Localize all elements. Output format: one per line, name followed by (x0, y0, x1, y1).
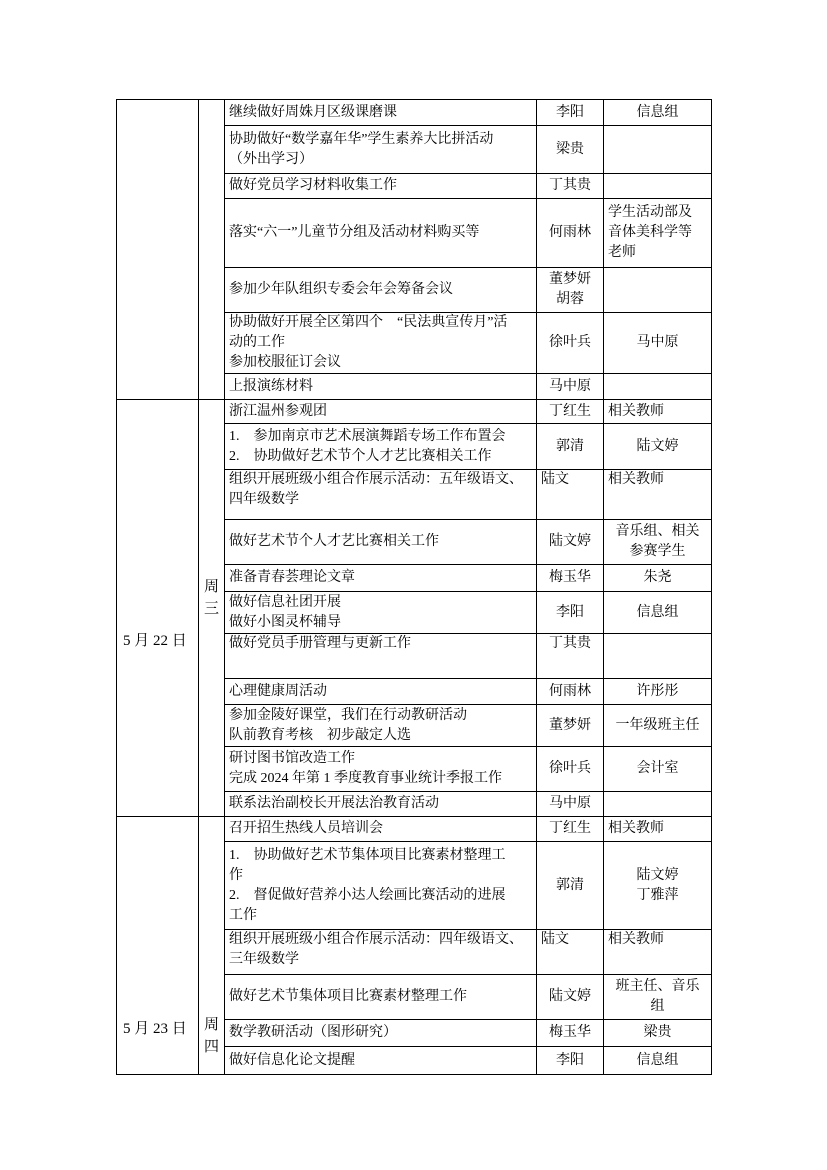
date-cell: 5 月 23 日 (117, 817, 199, 1075)
task-cell: 准备青春荟理论文章 (225, 565, 537, 592)
task-cell: 做好艺术节个人才艺比赛相关工作 (225, 520, 537, 565)
related-cell: 相关教师 (604, 817, 712, 842)
task-cell: 做好信息化论文提醒 (225, 1047, 537, 1075)
related-cell: 班主任、音乐 组 (604, 975, 712, 1020)
person-cell: 马中原 (537, 374, 604, 400)
task-cell: 继续做好周姝月区级课磨课 (225, 100, 537, 126)
person-cell: 陆文 (537, 470, 604, 520)
related-cell: 陆文婷 丁雅萍 (604, 842, 712, 930)
person-cell: 李阳 (537, 592, 604, 634)
table-row: 继续做好周姝月区级课磨课 李阳 信息组 (117, 100, 712, 126)
related-cell: 陆文婷 (604, 424, 712, 470)
person-cell: 李阳 (537, 1047, 604, 1075)
task-cell: 参加少年队组织专委会年会筹备会议 (225, 268, 537, 313)
day-cell (199, 100, 225, 400)
person-cell: 梁贵 (537, 126, 604, 174)
day-cell: 周四 (199, 817, 225, 1075)
task-cell: 数学教研活动（图形研究） (225, 1020, 537, 1047)
related-cell (604, 126, 712, 174)
related-cell: 许彤彤 (604, 679, 712, 705)
related-cell (604, 174, 712, 199)
table-row: 5 月 23 日 周四 召开招生热线人员培训会 丁红生 相关教师 (117, 817, 712, 842)
task-cell: 上报演练材料 (225, 374, 537, 400)
task-cell: 协助做好“数学嘉年华”学生素养大比拼活动 （外出学习） (225, 126, 537, 174)
person-cell: 丁其贵 (537, 634, 604, 679)
task-cell: 参加金陵好课堂，我们在行动教研活动 队前教育考核 初步敲定人选 (225, 705, 537, 747)
related-cell (604, 374, 712, 400)
task-cell: 组织开展班级小组合作展示活动：四年级语文、 三年级数学 (225, 930, 537, 975)
person-cell: 董梦妍 胡蓉 (537, 268, 604, 313)
person-cell: 何雨林 (537, 199, 604, 268)
related-cell: 信息组 (604, 592, 712, 634)
task-cell: 落实“六一”儿童节分组及活动材料购买等 (225, 199, 537, 268)
related-cell: 信息组 (604, 1047, 712, 1075)
related-cell (604, 268, 712, 313)
related-cell: 相关教师 (604, 470, 712, 520)
task-cell: 做好信息社团开展 做好小图灵杯辅导 (225, 592, 537, 634)
task-cell: 心理健康周活动 (225, 679, 537, 705)
date-cell: 5 月 22 日 (117, 400, 199, 817)
person-cell: 丁红生 (537, 400, 604, 424)
task-cell: 浙江温州参观团 (225, 400, 537, 424)
related-cell: 相关教师 (604, 400, 712, 424)
related-cell: 信息组 (604, 100, 712, 126)
person-cell: 梅玉华 (537, 565, 604, 592)
related-cell: 音乐组、相关 参赛学生 (604, 520, 712, 565)
person-cell: 丁其贵 (537, 174, 604, 199)
work-schedule-table: 继续做好周姝月区级课磨课 李阳 信息组 协助做好“数学嘉年华”学生素养大比拼活动… (116, 99, 712, 1075)
related-cell: 朱尧 (604, 565, 712, 592)
task-cell: 做好党员学习材料收集工作 (225, 174, 537, 199)
person-cell: 徐叶兵 (537, 747, 604, 792)
related-cell: 会计室 (604, 747, 712, 792)
related-cell: 相关教师 (604, 930, 712, 975)
day-cell: 周三 (199, 400, 225, 817)
person-cell: 陆文婷 (537, 975, 604, 1020)
date-cell (117, 100, 199, 400)
task-cell: 做好党员手册管理与更新工作 (225, 634, 537, 679)
person-cell: 何雨林 (537, 679, 604, 705)
task-cell: 协助做好开展全区第四个 “民法典宣传月”活 动的工作 参加校服征订会议 (225, 313, 537, 374)
task-cell: 召开招生热线人员培训会 (225, 817, 537, 842)
related-cell: 学生活动部及 音体美科学等 老师 (604, 199, 712, 268)
task-cell: 联系法治副校长开展法治教育活动 (225, 792, 537, 817)
person-cell: 梅玉华 (537, 1020, 604, 1047)
person-cell: 陆文婷 (537, 520, 604, 565)
table-row: 5 月 22 日 周三 浙江温州参观团 丁红生 相关教师 (117, 400, 712, 424)
person-cell: 陆文 (537, 930, 604, 975)
person-cell: 郭清 (537, 842, 604, 930)
task-cell: 1. 参加南京市艺术展演舞蹈专场工作布置会 2. 协助做好艺术节个人才艺比赛相关… (225, 424, 537, 470)
related-cell: 梁贵 (604, 1020, 712, 1047)
related-cell (604, 792, 712, 817)
person-cell: 董梦妍 (537, 705, 604, 747)
related-cell (604, 634, 712, 679)
person-cell: 徐叶兵 (537, 313, 604, 374)
task-cell: 1. 协助做好艺术节集体项目比赛素材整理工 作 2. 督促做好营养小达人绘画比赛… (225, 842, 537, 930)
person-cell: 马中原 (537, 792, 604, 817)
task-cell: 做好艺术节集体项目比赛素材整理工作 (225, 975, 537, 1020)
task-cell: 研讨图书馆改造工作 完成 2024 年第 1 季度教育事业统计季报工作 (225, 747, 537, 792)
document-page: 继续做好周姝月区级课磨课 李阳 信息组 协助做好“数学嘉年华”学生素养大比拼活动… (0, 0, 827, 1170)
person-cell: 李阳 (537, 100, 604, 126)
task-cell: 组织开展班级小组合作展示活动：五年级语文、 四年级数学 (225, 470, 537, 520)
person-cell: 郭清 (537, 424, 604, 470)
person-cell: 丁红生 (537, 817, 604, 842)
related-cell: 一年级班主任 (604, 705, 712, 747)
related-cell: 马中原 (604, 313, 712, 374)
